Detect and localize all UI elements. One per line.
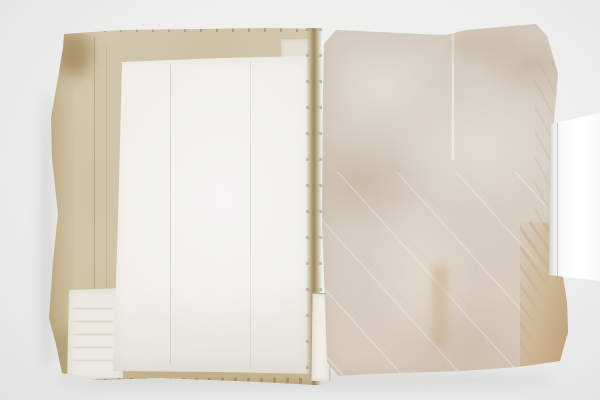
faded-script-marks xyxy=(73,298,113,370)
corner-stain-top-left xyxy=(56,31,92,77)
blank-white-sheet xyxy=(110,54,314,376)
cover-top-edge-speckles xyxy=(56,27,318,32)
right-parchment-leaf xyxy=(320,22,570,378)
photograph-of-parchment-folder xyxy=(0,0,600,400)
sheet-crease xyxy=(170,64,171,364)
paper-fold-line xyxy=(557,117,558,277)
vertical-stain-streak xyxy=(432,264,448,348)
top-stain xyxy=(450,30,520,62)
tucked-white-paper xyxy=(549,113,600,281)
sheet-crease xyxy=(250,62,251,367)
